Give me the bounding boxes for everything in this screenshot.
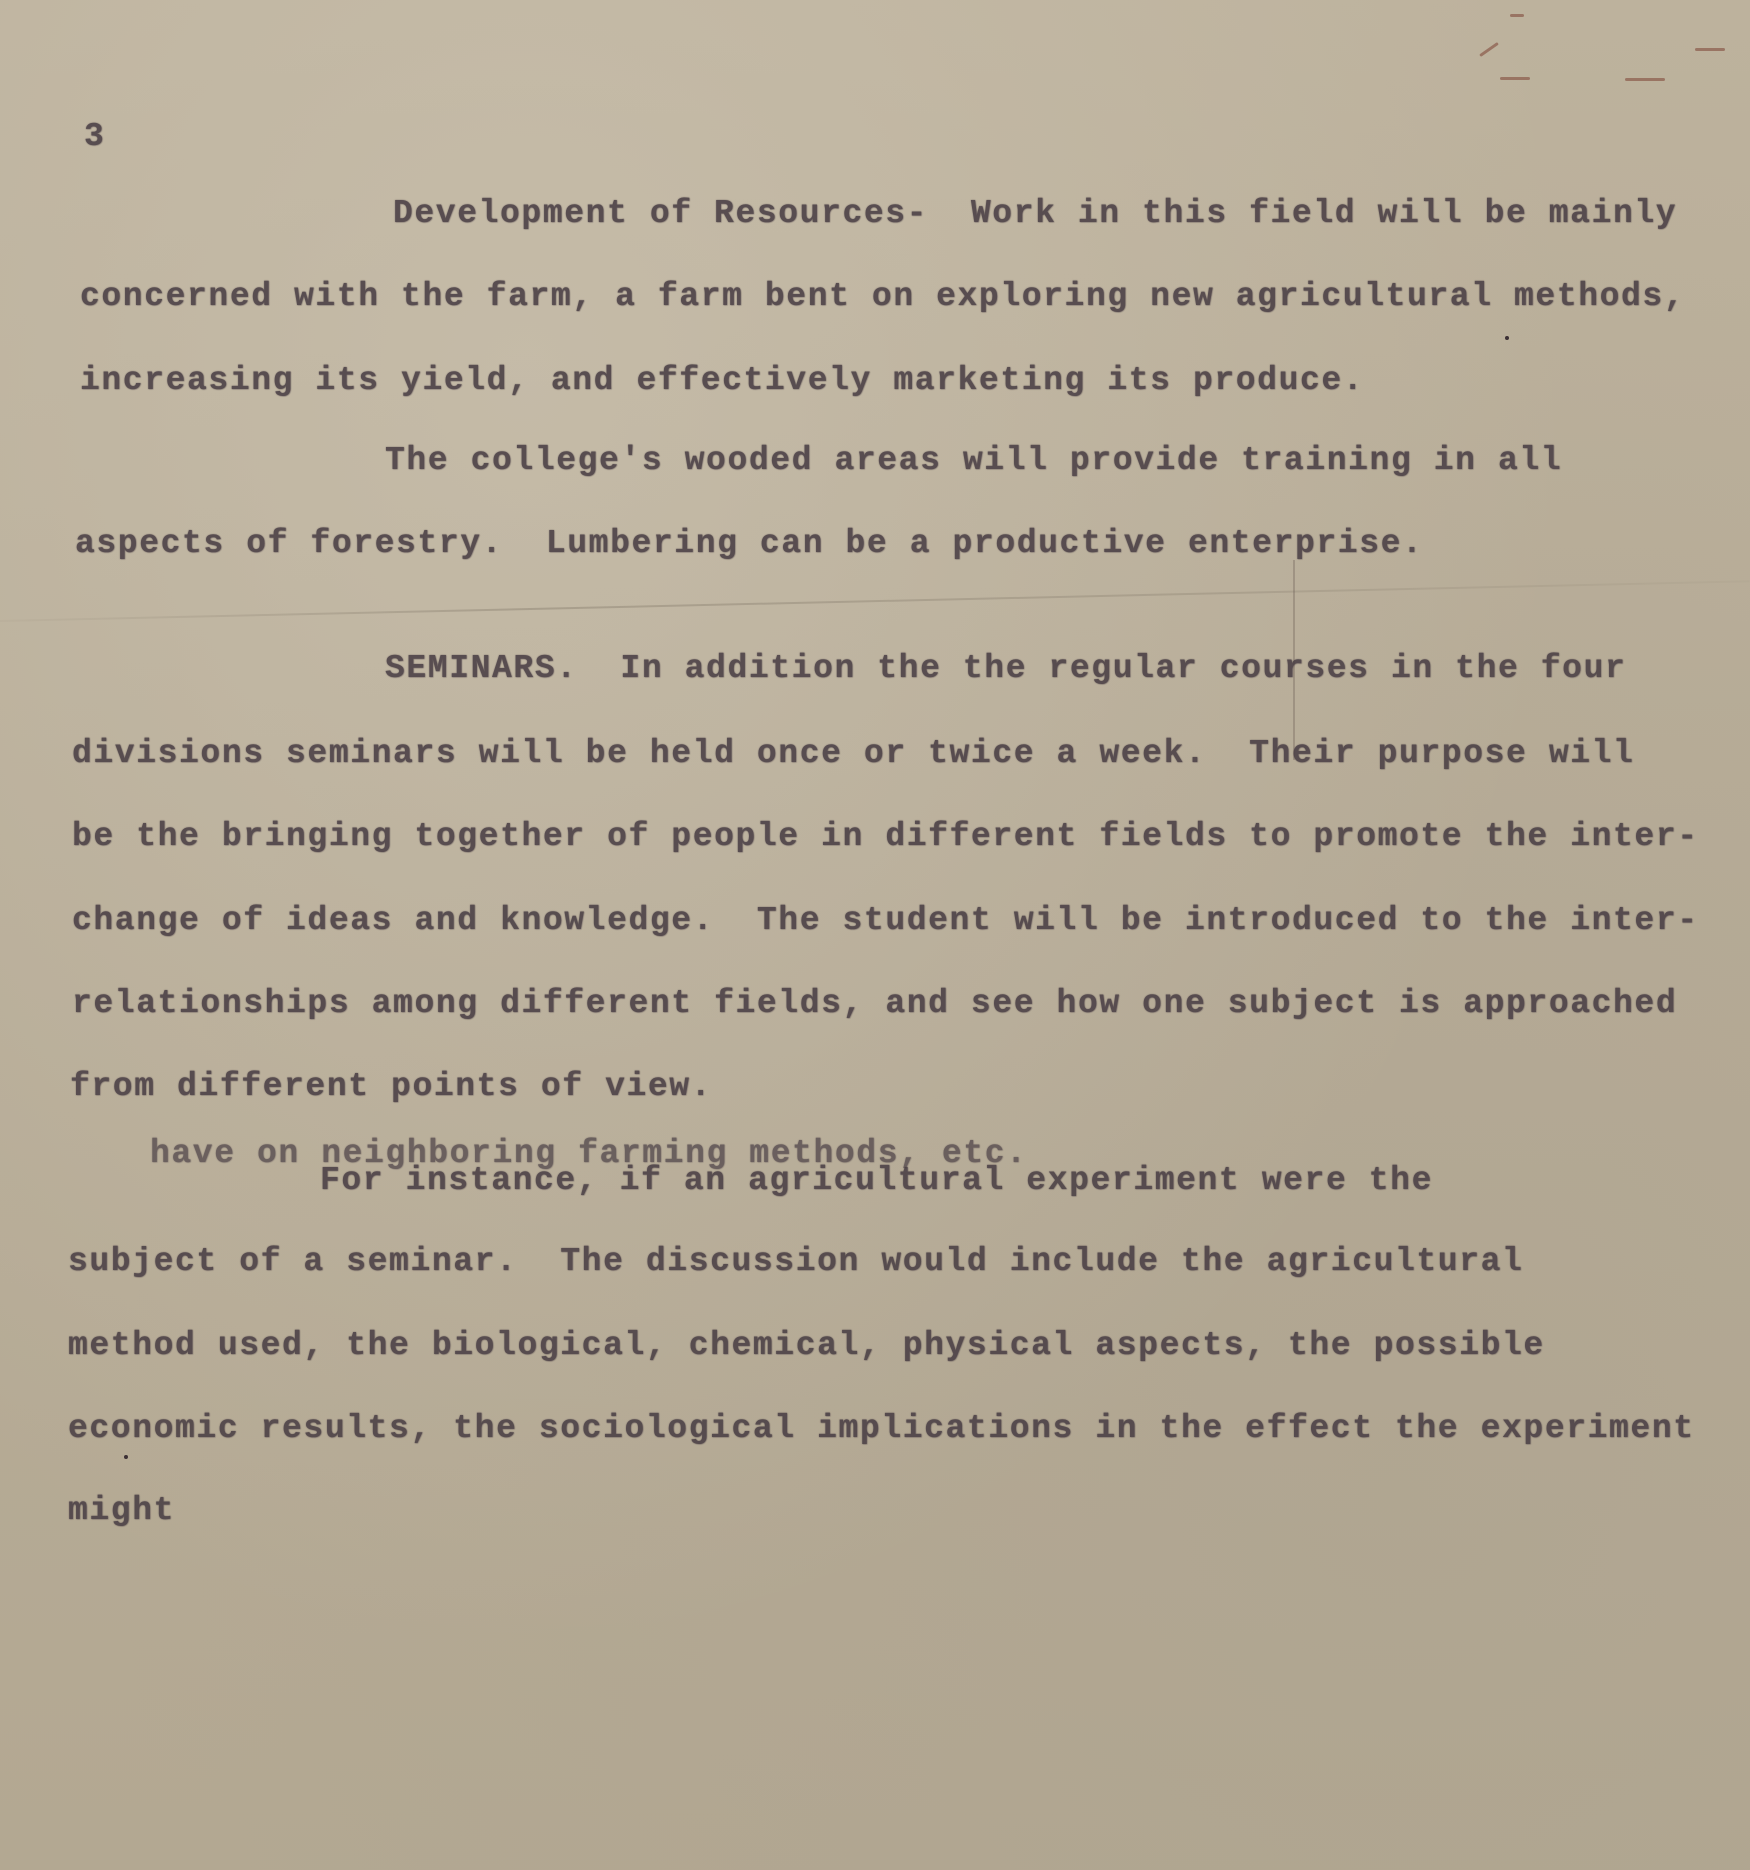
text-line: be the bringing together of people in di… (72, 818, 1699, 855)
text-line: subject of a seminar. The discussion wou… (68, 1243, 1523, 1280)
ink-mark (1500, 77, 1530, 80)
text-line: relationships among different fields, an… (72, 985, 1677, 1022)
text-line: might (68, 1492, 175, 1529)
text-line: divisions seminars will be held once or … (72, 735, 1634, 772)
ink-mark (1510, 14, 1524, 17)
text-line: from different points of view. (70, 1068, 712, 1105)
ink-mark (1695, 48, 1725, 51)
overtyped-line-lower: For instance, if an agricultural experim… (320, 1162, 1433, 1199)
text-line: concerned with the farm, a farm bent on … (80, 278, 1685, 315)
text-line: increasing its yield, and effectively ma… (80, 362, 1364, 399)
paper-sheet: 3 Development of Resources- Work in this… (0, 0, 1750, 1870)
text-line: economic results, the sociological impli… (68, 1410, 1695, 1447)
text-line: Development of Resources- Work in this f… (393, 195, 1677, 232)
fold-crease (0, 580, 1750, 622)
ink-speck (1505, 336, 1509, 340)
ink-mark (1479, 42, 1499, 57)
page-number: 3 (84, 118, 105, 155)
ink-speck (124, 1455, 128, 1459)
seminars-heading-line: SEMINARS. In addition the the regular co… (385, 650, 1626, 687)
text-line: The college's wooded areas will provide … (385, 442, 1562, 479)
text-line: change of ideas and knowledge. The stude… (72, 902, 1699, 939)
text-line: aspects of forestry. Lumbering can be a … (75, 525, 1423, 562)
ink-mark (1625, 78, 1665, 81)
text-line: method used, the biological, chemical, p… (68, 1327, 1545, 1364)
